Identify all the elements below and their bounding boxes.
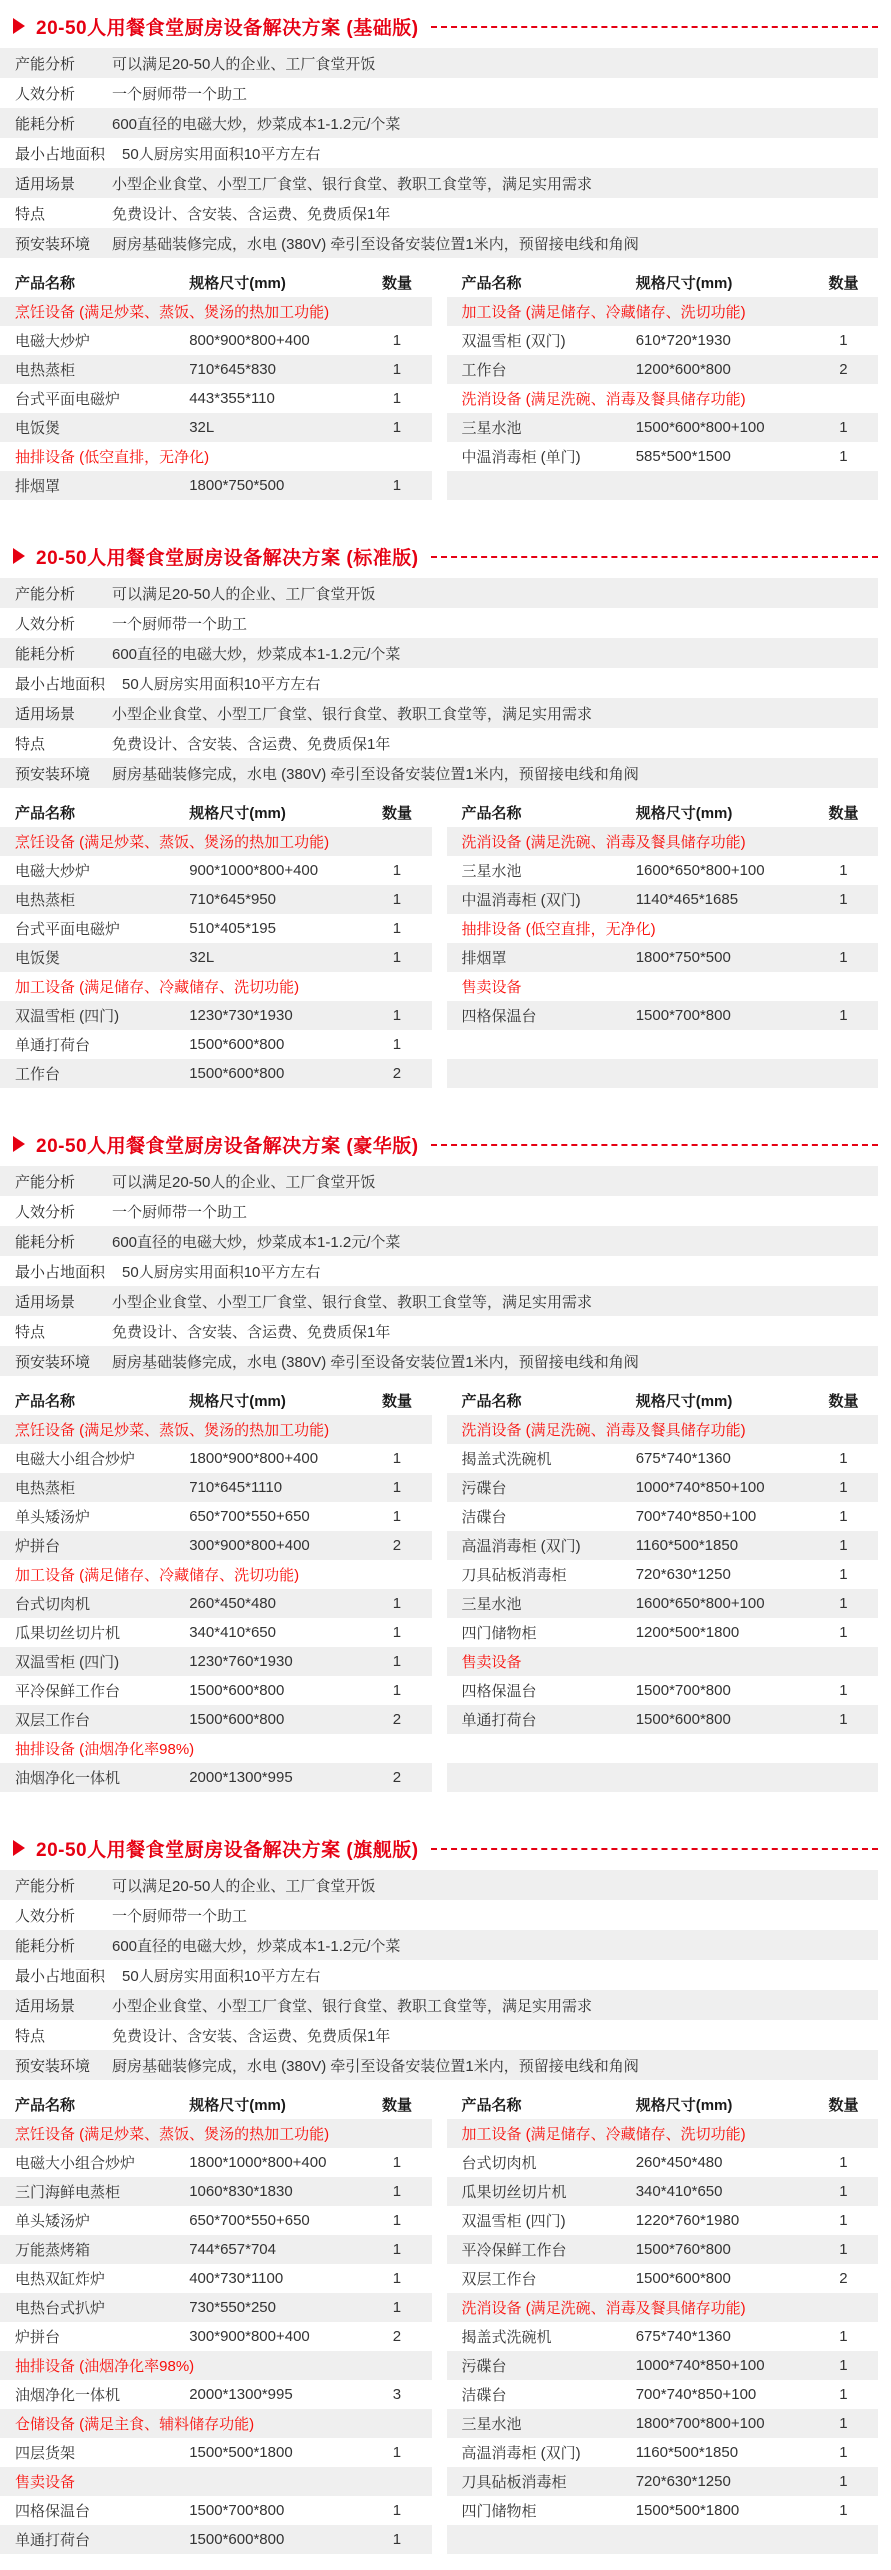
analysis-label: 适用场景 <box>0 703 95 724</box>
product-qty: 1 <box>809 2415 878 2432</box>
product-qty: 1 <box>362 1653 431 1670</box>
analysis-row: 能耗分析 600直径的电磁大炒，炒菜成本1-1.2元/个菜 <box>0 638 878 668</box>
product-row: 污碟台 1000*740*850+100 1 <box>447 2351 879 2380</box>
analysis-label: 最小占地面积 <box>0 143 105 164</box>
product-spec: 400*730*1100 <box>181 2270 362 2287</box>
dashed-divider <box>431 556 878 558</box>
category-label: 烹饪设备 (满足炒菜、蒸饭、煲汤的热加工功能) <box>0 301 432 322</box>
product-qty: 1 <box>809 1007 878 1024</box>
product-name: 高温消毒柜 (双门) <box>447 2442 628 2463</box>
column-header-qty: 数量 <box>809 802 878 823</box>
product-qty: 1 <box>362 2241 431 2258</box>
product-name: 单头矮汤炉 <box>0 1506 181 1527</box>
analysis-row: 最小占地面积 50人厨房实用面积10平方左右 <box>0 138 878 168</box>
column-header-product-name: 产品名称 <box>447 272 628 293</box>
product-qty: 1 <box>809 949 878 966</box>
product-row: 电磁大炒炉 900*1000*800+400 1 <box>0 856 432 885</box>
analysis-label: 最小占地面积 <box>0 673 105 694</box>
analysis-label: 能耗分析 <box>0 1935 95 1956</box>
analysis-value: 一个厨师带一个助工 <box>95 613 878 634</box>
product-spec: 1500*600*800 <box>628 1711 809 1728</box>
product-qty: 1 <box>809 2444 878 2461</box>
analysis-value: 50人厨房实用面积10平方左右 <box>105 143 878 164</box>
triangle-bullet-icon <box>13 1840 25 1856</box>
product-spec: 1060*830*1830 <box>181 2183 362 2200</box>
product-name: 平冷保鲜工作台 <box>447 2239 628 2260</box>
product-spec: 710*645*830 <box>181 361 362 378</box>
product-name: 瓜果切丝切片机 <box>447 2181 628 2202</box>
product-name: 电热蒸柜 <box>0 889 181 910</box>
product-name: 电热蒸柜 <box>0 1477 181 1498</box>
category-label: 加工设备 (满足储存、冷藏储存、洗切功能) <box>447 2123 879 2144</box>
product-name: 万能蒸烤箱 <box>0 2239 181 2260</box>
product-spec: 720*630*1250 <box>628 1566 809 1583</box>
category-label: 烹饪设备 (满足炒菜、蒸饭、煲汤的热加工功能) <box>0 2123 432 2144</box>
product-spec: 1500*600*800+100 <box>628 419 809 436</box>
analysis-value: 厨房基础装修完成，水电 (380V) 牵引至设备安装位置1米内，预留接电线和角阀 <box>95 1351 878 1372</box>
product-name: 四格保温台 <box>0 2500 181 2521</box>
product-row: 电热台式扒炉 730*550*250 1 <box>0 2293 432 2322</box>
product-spec: 1500*600*800 <box>181 1036 362 1053</box>
product-spec: 675*740*1360 <box>628 1450 809 1467</box>
product-spec: 300*900*800+400 <box>181 2328 362 2345</box>
product-row: 单头矮汤炉 650*700*550+650 1 <box>0 1502 432 1531</box>
filler-row <box>447 1763 879 1792</box>
product-row: 排烟罩 1800*750*500 1 <box>0 471 432 500</box>
category-label: 售卖设备 <box>0 2471 432 2492</box>
dashed-divider <box>431 1848 878 1850</box>
category-row: 烹饪设备 (满足炒菜、蒸饭、煲汤的热加工功能) <box>0 1415 432 1444</box>
product-name: 四格保温台 <box>447 1005 628 1026</box>
product-row: 四门储物柜 1200*500*1800 1 <box>447 1618 879 1647</box>
product-row: 排烟罩 1800*750*500 1 <box>447 943 879 972</box>
analysis-value: 一个厨师带一个助工 <box>95 83 878 104</box>
product-qty: 2 <box>809 361 878 378</box>
product-qty: 1 <box>809 332 878 349</box>
product-name: 四格保温台 <box>447 1680 628 1701</box>
product-qty: 1 <box>809 2154 878 2171</box>
product-qty: 1 <box>809 448 878 465</box>
product-spec: 1500*500*1800 <box>181 2444 362 2461</box>
product-qty: 1 <box>809 1711 878 1728</box>
products-header-row: 产品名称 规格尺寸(mm) 数量 <box>0 1386 432 1415</box>
product-name: 电热双缸炸炉 <box>0 2268 181 2289</box>
analysis-value: 可以满足20-50人的企业、工厂食堂开饭 <box>95 53 878 74</box>
product-name: 污碟台 <box>447 2355 628 2376</box>
category-row: 洗消设备 (满足洗碗、消毒及餐具储存功能) <box>447 827 879 856</box>
analysis-value: 免费设计、含安装、含运费、免费质保1年 <box>95 1321 878 1342</box>
column-header-product-name: 产品名称 <box>0 2094 181 2115</box>
product-qty: 1 <box>809 2212 878 2229</box>
column-header-qty: 数量 <box>809 272 878 293</box>
category-label: 仓储设备 (满足主食、辅料储存功能) <box>0 2413 432 2434</box>
product-spec: 32L <box>181 949 362 966</box>
products-header-row: 产品名称 规格尺寸(mm) 数量 <box>447 798 879 827</box>
product-qty: 1 <box>809 1624 878 1641</box>
product-qty: 1 <box>362 2183 431 2200</box>
products-header-row: 产品名称 规格尺寸(mm) 数量 <box>0 2090 432 2119</box>
analysis-value: 一个厨师带一个助工 <box>95 1905 878 1926</box>
product-row: 瓜果切丝切片机 340*410*650 1 <box>447 2177 879 2206</box>
product-row: 双温雪柜 (四门) 1220*760*1980 1 <box>447 2206 879 2235</box>
product-row: 中温消毒柜 (单门) 585*500*1500 1 <box>447 442 879 471</box>
product-row: 电磁大炒炉 800*900*800+400 1 <box>0 326 432 355</box>
analysis-value: 免费设计、含安装、含运费、免费质保1年 <box>95 733 878 754</box>
product-spec: 1220*760*1980 <box>628 2212 809 2229</box>
category-row: 抽排设备 (油烟净化率98%) <box>0 2351 432 2380</box>
category-label: 洗消设备 (满足洗碗、消毒及餐具储存功能) <box>447 1419 879 1440</box>
product-qty: 3 <box>362 2386 431 2403</box>
product-row: 炉拼台 300*900*800+400 2 <box>0 1531 432 1560</box>
product-qty: 1 <box>362 891 431 908</box>
product-row: 四门储物柜 1500*500*1800 1 <box>447 2496 879 2525</box>
category-label: 抽排设备 (油烟净化率98%) <box>0 2355 432 2376</box>
product-spec: 1200*600*800 <box>628 361 809 378</box>
product-qty: 1 <box>809 1450 878 1467</box>
analysis-value: 可以满足20-50人的企业、工厂食堂开饭 <box>95 1875 878 1896</box>
product-spec: 340*410*650 <box>181 1624 362 1641</box>
product-spec: 1500*700*800 <box>628 1682 809 1699</box>
analysis-label: 人效分析 <box>0 1201 95 1222</box>
product-name: 揭盖式洗碗机 <box>447 1448 628 1469</box>
product-row: 电热蒸柜 710*645*830 1 <box>0 355 432 384</box>
category-row: 抽排设备 (油烟净化率98%) <box>0 1734 432 1763</box>
products-table-left: 产品名称 规格尺寸(mm) 数量 烹饪设备 (满足炒菜、蒸饭、煲汤的热加工功能)… <box>0 2090 432 2554</box>
analysis-row: 最小占地面积 50人厨房实用面积10平方左右 <box>0 668 878 698</box>
product-name: 四门储物柜 <box>447 2500 628 2521</box>
section-title: 20-50人用餐食堂厨房设备解决方案 (旗舰版) <box>36 1835 419 1862</box>
product-qty: 2 <box>362 1065 431 1082</box>
products-table-left: 产品名称 规格尺寸(mm) 数量 烹饪设备 (满足炒菜、蒸饭、煲汤的热加工功能)… <box>0 268 432 500</box>
product-row: 平冷保鲜工作台 1500*600*800 1 <box>0 1676 432 1705</box>
product-qty: 2 <box>809 2270 878 2287</box>
product-qty: 1 <box>362 2154 431 2171</box>
product-row: 双层工作台 1500*600*800 2 <box>447 2264 879 2293</box>
product-name: 刀具砧板消毒柜 <box>447 2471 628 2492</box>
product-qty: 1 <box>809 1479 878 1496</box>
analysis-label: 人效分析 <box>0 83 95 104</box>
product-qty: 1 <box>809 1682 878 1699</box>
column-header-qty: 数量 <box>362 1390 431 1411</box>
products-area: 产品名称 规格尺寸(mm) 数量 烹饪设备 (满足炒菜、蒸饭、煲汤的热加工功能)… <box>0 798 878 1088</box>
column-header-spec: 规格尺寸(mm) <box>181 1390 362 1411</box>
analysis-row: 适用场景 小型企业食堂、小型工厂食堂、银行食堂、教职工食堂等，满足实用需求 <box>0 168 878 198</box>
products-header-row: 产品名称 规格尺寸(mm) 数量 <box>0 268 432 297</box>
column-header-product-name: 产品名称 <box>0 802 181 823</box>
product-row: 台式平面电磁炉 510*405*195 1 <box>0 914 432 943</box>
analysis-row: 人效分析 一个厨师带一个助工 <box>0 1196 878 1226</box>
product-name: 炉拼台 <box>0 2326 181 2347</box>
section-title: 20-50人用餐食堂厨房设备解决方案 (豪华版) <box>36 1131 419 1158</box>
product-name: 双层工作台 <box>0 1709 181 1730</box>
category-label: 烹饪设备 (满足炒菜、蒸饭、煲汤的热加工功能) <box>0 831 432 852</box>
filler-row <box>447 471 879 500</box>
product-spec: 1500*700*800 <box>181 2502 362 2519</box>
solution-section: 20-50人用餐食堂厨房设备解决方案 (旗舰版) 产能分析 可以满足20-50人… <box>0 1834 878 2554</box>
product-spec: 800*900*800+400 <box>181 332 362 349</box>
product-name: 揭盖式洗碗机 <box>447 2326 628 2347</box>
product-qty: 1 <box>362 390 431 407</box>
analysis-value: 600直径的电磁大炒，炒菜成本1-1.2元/个菜 <box>95 113 878 134</box>
product-name: 排烟罩 <box>447 947 628 968</box>
analysis-row: 预安装环境 厨房基础装修完成，水电 (380V) 牵引至设备安装位置1米内，预留… <box>0 1346 878 1376</box>
category-row: 加工设备 (满足储存、冷藏储存、洗切功能) <box>447 2119 879 2148</box>
product-row: 电磁大小组合炒炉 1800*1000*800+400 1 <box>0 2148 432 2177</box>
product-qty: 1 <box>362 2502 431 2519</box>
product-qty: 1 <box>362 2212 431 2229</box>
column-header-spec: 规格尺寸(mm) <box>628 1390 809 1411</box>
analysis-row: 最小占地面积 50人厨房实用面积10平方左右 <box>0 1960 878 1990</box>
product-row: 三星水池 1500*600*800+100 1 <box>447 413 879 442</box>
product-spec: 1800*1000*800+400 <box>181 2154 362 2171</box>
products-table-right: 产品名称 规格尺寸(mm) 数量 洗消设备 (满足洗碗、消毒及餐具储存功能) 三… <box>447 798 879 1088</box>
category-label: 加工设备 (满足储存、冷藏储存、洗切功能) <box>447 301 879 322</box>
products-header-row: 产品名称 规格尺寸(mm) 数量 <box>0 798 432 827</box>
filler-row <box>447 2525 879 2554</box>
product-row: 四格保温台 1500*700*800 1 <box>447 1001 879 1030</box>
product-name: 三门海鲜电蒸柜 <box>0 2181 181 2202</box>
product-qty: 1 <box>809 1566 878 1583</box>
product-spec: 1800*750*500 <box>181 477 362 494</box>
product-spec: 720*630*1250 <box>628 2473 809 2490</box>
analysis-label: 预安装环境 <box>0 763 95 784</box>
section-header: 20-50人用餐食堂厨房设备解决方案 (豪华版) <box>0 1130 878 1158</box>
analysis-row: 适用场景 小型企业食堂、小型工厂食堂、银行食堂、教职工食堂等，满足实用需求 <box>0 1286 878 1316</box>
products-area: 产品名称 规格尺寸(mm) 数量 烹饪设备 (满足炒菜、蒸饭、煲汤的热加工功能)… <box>0 268 878 500</box>
product-row: 三星水池 1600*650*800+100 1 <box>447 1589 879 1618</box>
product-qty: 1 <box>809 2183 878 2200</box>
analysis-value: 600直径的电磁大炒，炒菜成本1-1.2元/个菜 <box>95 1231 878 1252</box>
product-qty: 1 <box>362 1007 431 1024</box>
product-name: 瓜果切丝切片机 <box>0 1622 181 1643</box>
analysis-row: 能耗分析 600直径的电磁大炒，炒菜成本1-1.2元/个菜 <box>0 108 878 138</box>
product-spec: 1230*760*1930 <box>181 1653 362 1670</box>
product-name: 油烟净化一体机 <box>0 1767 181 1788</box>
product-spec: 1230*730*1930 <box>181 1007 362 1024</box>
products-table-right: 产品名称 规格尺寸(mm) 数量 加工设备 (满足储存、冷藏储存、洗切功能) 双… <box>447 268 879 500</box>
analysis-row: 最小占地面积 50人厨房实用面积10平方左右 <box>0 1256 878 1286</box>
analysis-label: 适用场景 <box>0 1995 95 2016</box>
product-name: 双温雪柜 (四门) <box>447 2210 628 2231</box>
column-header-qty: 数量 <box>362 272 431 293</box>
analysis-value: 50人厨房实用面积10平方左右 <box>105 1965 878 1986</box>
products-table-right: 产品名称 规格尺寸(mm) 数量 洗消设备 (满足洗碗、消毒及餐具储存功能) 揭… <box>447 1386 879 1792</box>
analysis-label: 产能分析 <box>0 1875 95 1896</box>
product-spec: 1500*600*800 <box>181 1711 362 1728</box>
product-qty: 1 <box>809 2357 878 2374</box>
product-qty: 2 <box>362 2328 431 2345</box>
category-label: 洗消设备 (满足洗碗、消毒及餐具储存功能) <box>447 831 879 852</box>
analysis-label: 最小占地面积 <box>0 1261 105 1282</box>
analysis-row: 人效分析 一个厨师带一个助工 <box>0 78 878 108</box>
analysis-row: 预安装环境 厨房基础装修完成，水电 (380V) 牵引至设备安装位置1米内，预留… <box>0 2050 878 2080</box>
product-spec: 1500*600*800 <box>181 1682 362 1699</box>
category-label: 烹饪设备 (满足炒菜、蒸饭、煲汤的热加工功能) <box>0 1419 432 1440</box>
product-row: 四格保温台 1500*700*800 1 <box>0 2496 432 2525</box>
product-name: 三星水池 <box>447 860 628 881</box>
product-spec: 700*740*850+100 <box>628 1508 809 1525</box>
category-label: 洗消设备 (满足洗碗、消毒及餐具储存功能) <box>447 388 879 409</box>
column-header-qty: 数量 <box>362 2094 431 2115</box>
product-name: 双温雪柜 (双门) <box>447 330 628 351</box>
analysis-label: 能耗分析 <box>0 643 95 664</box>
column-header-spec: 规格尺寸(mm) <box>628 2094 809 2115</box>
triangle-bullet-icon <box>13 18 25 34</box>
analysis-value: 小型企业食堂、小型工厂食堂、银行食堂、教职工食堂等，满足实用需求 <box>95 1995 878 2016</box>
product-spec: 1500*500*1800 <box>628 2502 809 2519</box>
analysis-row: 适用场景 小型企业食堂、小型工厂食堂、银行食堂、教职工食堂等，满足实用需求 <box>0 698 878 728</box>
product-row: 油烟净化一体机 2000*1300*995 2 <box>0 1763 432 1792</box>
product-row: 揭盖式洗碗机 675*740*1360 1 <box>447 1444 879 1473</box>
section-header: 20-50人用餐食堂厨房设备解决方案 (基础版) <box>0 12 878 40</box>
product-row: 台式切肉机 260*450*480 1 <box>447 2148 879 2177</box>
analysis-label: 特点 <box>0 2025 95 2046</box>
product-row: 三星水池 1600*650*800+100 1 <box>447 856 879 885</box>
product-spec: 443*355*110 <box>181 390 362 407</box>
product-name: 污碟台 <box>447 1477 628 1498</box>
product-spec: 1600*650*800+100 <box>628 1595 809 1612</box>
product-spec: 1500*600*800 <box>628 2270 809 2287</box>
product-row: 单通打荷台 1500*600*800 1 <box>0 2525 432 2554</box>
product-qty: 1 <box>809 891 878 908</box>
product-qty: 1 <box>362 949 431 966</box>
analysis-value: 600直径的电磁大炒，炒菜成本1-1.2元/个菜 <box>95 643 878 664</box>
category-row: 仓储设备 (满足主食、辅料储存功能) <box>0 2409 432 2438</box>
category-row: 售卖设备 <box>0 2467 432 2496</box>
product-row: 瓜果切丝切片机 340*410*650 1 <box>0 1618 432 1647</box>
column-header-spec: 规格尺寸(mm) <box>181 2094 362 2115</box>
product-name: 电磁大炒炉 <box>0 330 181 351</box>
category-row: 售卖设备 <box>447 972 879 1001</box>
column-header-product-name: 产品名称 <box>447 2094 628 2115</box>
product-qty: 2 <box>362 1769 431 1786</box>
category-row: 抽排设备 (低空直排，无净化) <box>0 442 432 471</box>
triangle-bullet-icon <box>13 548 25 564</box>
product-name: 排烟罩 <box>0 475 181 496</box>
product-row: 双温雪柜 (四门) 1230*730*1930 1 <box>0 1001 432 1030</box>
product-row: 电饭煲 32L 1 <box>0 943 432 972</box>
section-header: 20-50人用餐食堂厨房设备解决方案 (标准版) <box>0 542 878 570</box>
product-spec: 1140*465*1685 <box>628 891 809 908</box>
product-qty: 1 <box>809 419 878 436</box>
product-spec: 1500*600*800 <box>181 2531 362 2548</box>
product-spec: 1800*700*800+100 <box>628 2415 809 2432</box>
category-label: 售卖设备 <box>447 1651 879 1672</box>
products-header-row: 产品名称 规格尺寸(mm) 数量 <box>447 1386 879 1415</box>
product-name: 洁碟台 <box>447 1506 628 1527</box>
product-name: 电磁大小组合炒炉 <box>0 1448 181 1469</box>
product-spec: 32L <box>181 419 362 436</box>
product-name: 单通打荷台 <box>447 1709 628 1730</box>
product-row: 平冷保鲜工作台 1500*760*800 1 <box>447 2235 879 2264</box>
product-qty: 1 <box>809 2502 878 2519</box>
product-qty: 2 <box>362 1711 431 1728</box>
product-name: 三星水池 <box>447 1593 628 1614</box>
product-name: 电热蒸柜 <box>0 359 181 380</box>
product-spec: 1000*740*850+100 <box>628 1479 809 1496</box>
product-spec: 744*657*704 <box>181 2241 362 2258</box>
product-row: 台式平面电磁炉 443*355*110 1 <box>0 384 432 413</box>
product-name: 炉拼台 <box>0 1535 181 1556</box>
analysis-row: 特点 免费设计、含安装、含运费、免费质保1年 <box>0 728 878 758</box>
product-name: 双温雪柜 (四门) <box>0 1005 181 1026</box>
product-spec: 700*740*850+100 <box>628 2386 809 2403</box>
product-qty: 1 <box>362 332 431 349</box>
analysis-table: 产能分析 可以满足20-50人的企业、工厂食堂开饭 人效分析 一个厨师带一个助工… <box>0 578 878 788</box>
solution-section: 20-50人用餐食堂厨房设备解决方案 (豪华版) 产能分析 可以满足20-50人… <box>0 1130 878 1792</box>
products-header-row: 产品名称 规格尺寸(mm) 数量 <box>447 268 879 297</box>
product-spec: 610*720*1930 <box>628 332 809 349</box>
analysis-value: 厨房基础装修完成，水电 (380V) 牵引至设备安装位置1米内，预留接电线和角阀 <box>95 763 878 784</box>
column-header-qty: 数量 <box>809 1390 878 1411</box>
category-row: 洗消设备 (满足洗碗、消毒及餐具储存功能) <box>447 2293 879 2322</box>
product-spec: 710*645*1110 <box>181 1479 362 1496</box>
product-spec: 1500*600*800 <box>181 1065 362 1082</box>
analysis-row: 适用场景 小型企业食堂、小型工厂食堂、银行食堂、教职工食堂等，满足实用需求 <box>0 1990 878 2020</box>
product-qty: 1 <box>362 2444 431 2461</box>
products-area: 产品名称 规格尺寸(mm) 数量 烹饪设备 (满足炒菜、蒸饭、煲汤的热加工功能)… <box>0 1386 878 1792</box>
analysis-row: 特点 免费设计、含安装、含运费、免费质保1年 <box>0 198 878 228</box>
product-spec: 900*1000*800+400 <box>181 862 362 879</box>
product-qty: 1 <box>362 2299 431 2316</box>
column-header-qty: 数量 <box>362 802 431 823</box>
category-label: 加工设备 (满足储存、冷藏储存、洗切功能) <box>0 976 432 997</box>
analysis-label: 适用场景 <box>0 173 95 194</box>
triangle-bullet-icon <box>13 1136 25 1152</box>
product-name: 四门储物柜 <box>447 1622 628 1643</box>
product-spec: 650*700*550+650 <box>181 2212 362 2229</box>
column-header-product-name: 产品名称 <box>0 1390 181 1411</box>
product-spec: 260*450*480 <box>628 2154 809 2171</box>
analysis-label: 人效分析 <box>0 1905 95 1926</box>
product-name: 电饭煲 <box>0 417 181 438</box>
analysis-row: 能耗分析 600直径的电磁大炒，炒菜成本1-1.2元/个菜 <box>0 1226 878 1256</box>
category-row: 烹饪设备 (满足炒菜、蒸饭、煲汤的热加工功能) <box>0 297 432 326</box>
column-header-qty: 数量 <box>809 2094 878 2115</box>
product-row: 刀具砧板消毒柜 720*630*1250 1 <box>447 1560 879 1589</box>
product-qty: 1 <box>362 1450 431 1467</box>
analysis-value: 可以满足20-50人的企业、工厂食堂开饭 <box>95 583 878 604</box>
dashed-divider <box>431 1144 878 1146</box>
analysis-label: 特点 <box>0 733 95 754</box>
product-spec: 260*450*480 <box>181 1595 362 1612</box>
category-label: 加工设备 (满足储存、冷藏储存、洗切功能) <box>0 1564 432 1585</box>
product-name: 台式切肉机 <box>447 2152 628 2173</box>
analysis-label: 适用场景 <box>0 1291 95 1312</box>
product-qty: 1 <box>362 2531 431 2548</box>
analysis-table: 产能分析 可以满足20-50人的企业、工厂食堂开饭 人效分析 一个厨师带一个助工… <box>0 1166 878 1376</box>
product-spec: 1500*760*800 <box>628 2241 809 2258</box>
product-spec: 1000*740*850+100 <box>628 2357 809 2374</box>
product-name: 电磁大小组合炒炉 <box>0 2152 181 2173</box>
product-spec: 730*550*250 <box>181 2299 362 2316</box>
analysis-value: 可以满足20-50人的企业、工厂食堂开饭 <box>95 1171 878 1192</box>
product-row: 中温消毒柜 (双门) 1140*465*1685 1 <box>447 885 879 914</box>
product-qty: 1 <box>362 1682 431 1699</box>
product-row: 刀具砧板消毒柜 720*630*1250 1 <box>447 2467 879 2496</box>
analysis-label: 最小占地面积 <box>0 1965 105 1986</box>
product-spec: 1600*650*800+100 <box>628 862 809 879</box>
product-qty: 1 <box>809 1508 878 1525</box>
analysis-value: 600直径的电磁大炒，炒菜成本1-1.2元/个菜 <box>95 1935 878 1956</box>
analysis-label: 预安装环境 <box>0 233 95 254</box>
product-spec: 510*405*195 <box>181 920 362 937</box>
analysis-row: 特点 免费设计、含安装、含运费、免费质保1年 <box>0 2020 878 2050</box>
category-row: 烹饪设备 (满足炒菜、蒸饭、煲汤的热加工功能) <box>0 827 432 856</box>
product-qty: 1 <box>809 2328 878 2345</box>
analysis-row: 产能分析 可以满足20-50人的企业、工厂食堂开饭 <box>0 1166 878 1196</box>
product-row: 三星水池 1800*700*800+100 1 <box>447 2409 879 2438</box>
